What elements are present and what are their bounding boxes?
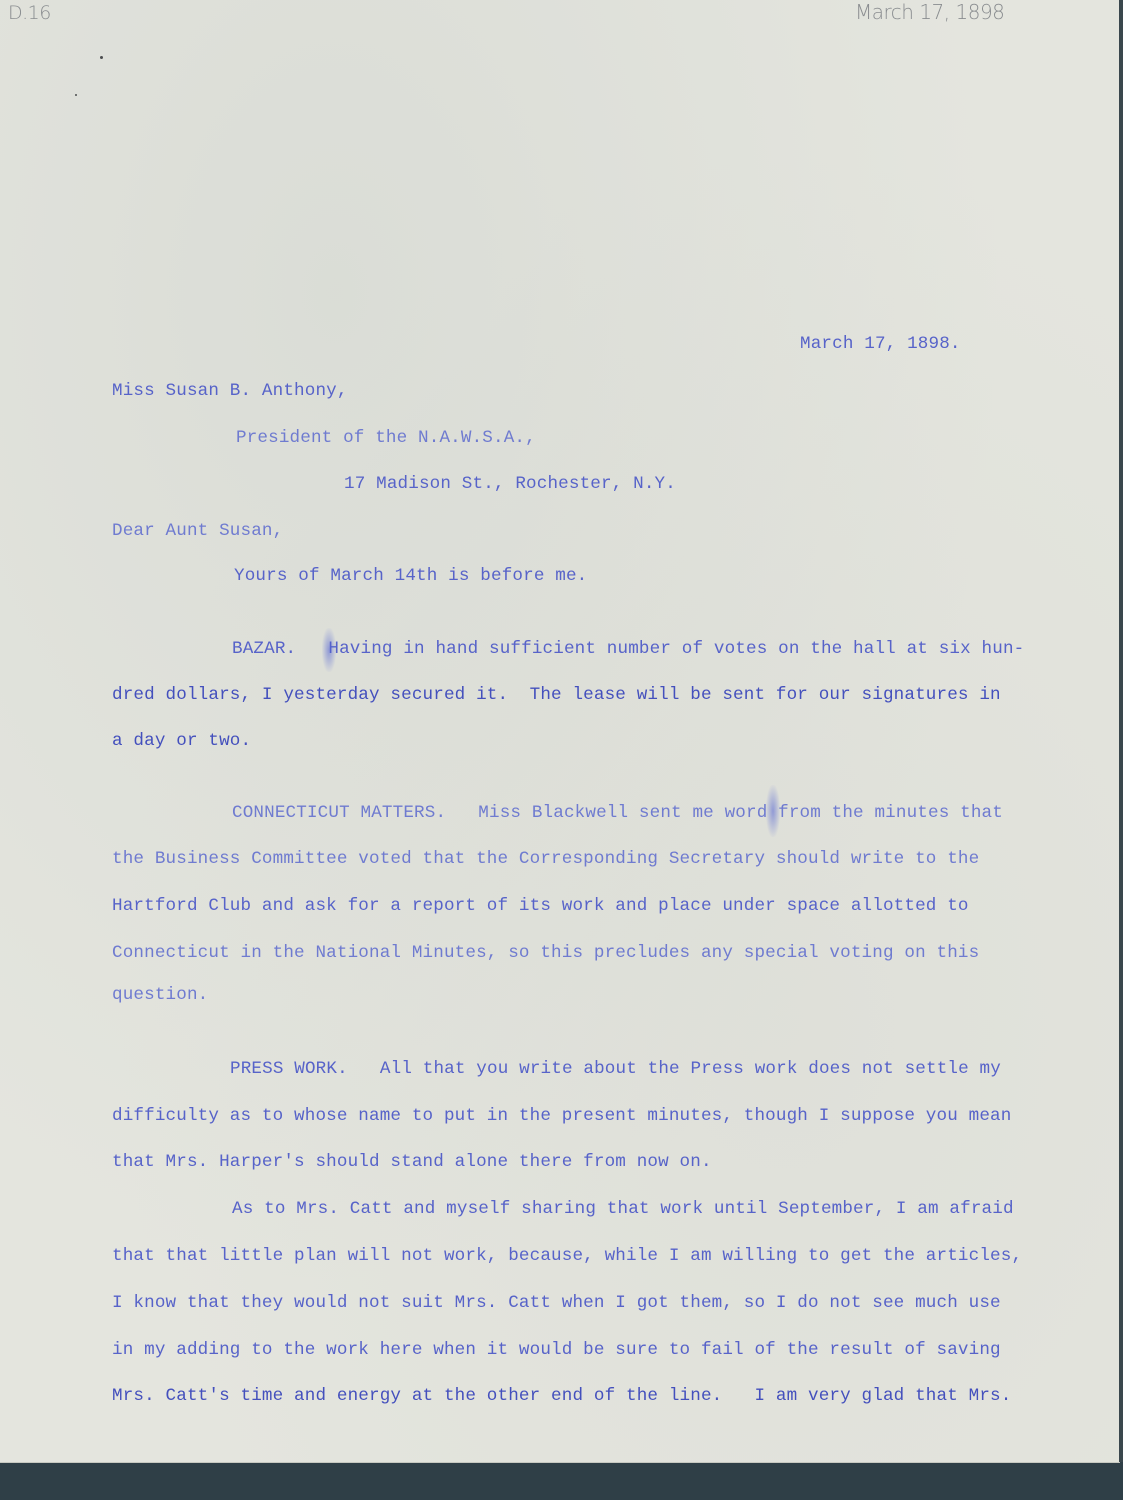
letter-date: March 17, 1898. [800,334,961,354]
paper-speck [75,94,77,96]
paragraph-line: dred dollars, I yesterday secured it. Th… [112,685,1001,705]
archive-id-label: D.16 [8,2,51,24]
paragraph-line: Mrs. Catt's time and energy at the other… [112,1386,1011,1406]
ink-smudge [322,628,336,672]
recipient-address: 17 Madison St., Rochester, N.Y. [344,474,676,494]
recipient-title: President of the N.A.W.S.A., [236,428,536,448]
paragraph-line: CONNECTICUT MATTERS. Miss Blackwell sent… [232,803,1003,823]
paragraph-line: I know that they would not suit Mrs. Cat… [112,1293,1001,1313]
paragraph-line: PRESS WORK. All that you write about the… [230,1059,1001,1079]
paragraph-line: the Business Committee voted that the Co… [112,849,979,869]
ink-smudge [766,785,780,837]
recipient-name: Miss Susan B. Anthony, [112,381,348,401]
paragraph-line: in my adding to the work here when it wo… [112,1340,1001,1360]
salutation: Dear Aunt Susan, [112,521,283,541]
paragraph-line: question. [112,985,208,1005]
faint-letterhead-bleedthrough [140,180,656,271]
scan-edge [1119,0,1123,1462]
paragraph-line: that that little plan will not work, bec… [112,1246,1022,1266]
letter-page: D.16 March 17, 1898 March 17, 1898. Miss… [0,0,1120,1463]
paragraph-line: a day or two. [112,731,251,751]
paragraph-line: Hartford Club and ask for a report of it… [112,896,969,916]
opening-line: Yours of March 14th is before me. [234,566,587,586]
paper-speck [100,56,103,59]
paragraph-line: As to Mrs. Catt and myself sharing that … [232,1199,1014,1219]
paragraph-line: difficulty as to whose name to put in th… [112,1106,1011,1126]
paragraph-line: BAZAR. Having in hand sufficient number … [232,639,1024,659]
paragraph-line: Connecticut in the National Minutes, so … [112,943,979,963]
handwritten-date: March 17, 1898 [855,0,1004,24]
paragraph-line: that Mrs. Harper's should stand alone th… [112,1152,712,1172]
